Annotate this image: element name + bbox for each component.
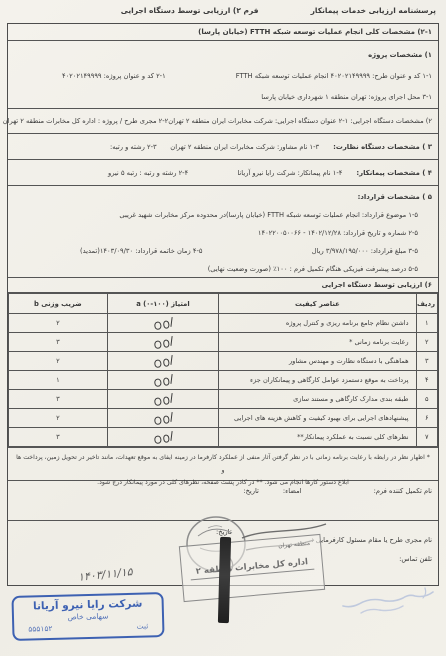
quality-element-label: طبقه بندی مدارک کارگاهی و مستند سازی [219, 390, 416, 409]
score-cell [107, 409, 219, 428]
weight-cell: ۲ [9, 409, 108, 428]
table-row: ۳هماهنگی با دستگاه نظارت و مهندس مشاور۲ [9, 352, 438, 371]
row-index: ۷ [416, 428, 437, 447]
header-score: امتیاز a (۰-۱۰۰) [107, 294, 219, 314]
project-code: ۲-۱ کد و عنوان پروژه: ۴۰۲۰۲۱۴۹۹۹۹ [62, 72, 166, 80]
handwritten-score [153, 431, 173, 444]
quality-element-label: داشتن نظام جامع برنامه ریزی و کنترل پروژ… [219, 314, 416, 333]
approver-name-label: نام مجری طرح یا مقام مسئول کارفرمایی : [311, 536, 432, 544]
general-heading: ۲-۱) مشخصات کلی انجام عملیات توسعه شبکه … [198, 28, 432, 36]
header-weight: ضریب وزنی b [9, 294, 108, 314]
table-row: ۲رعایت برنامه زمانی *۳ [9, 333, 438, 352]
weight-cell: ۲ [9, 314, 108, 333]
contract-progress: ۵-۵ درصد پیشرفت فیزیکی هنگام تکمیل فرم :… [208, 265, 418, 273]
table-row: ۱داشتن نظام جامع برنامه ریزی و کنترل پرو… [9, 314, 438, 333]
score-cell [107, 314, 219, 333]
company-stamp-reg-label: ثبت [136, 621, 148, 630]
row-index: ۴ [416, 371, 437, 390]
department-stamp: منطقه تهران اداره کل مخابرات منطقه ۲ [179, 534, 325, 602]
supervision-label: ۳ ) مشخصات دستگاه نظارت: [333, 143, 432, 151]
evaluation-table: ردیف عناصر کیفیت امتیاز a (۰-۱۰۰) ضریب و… [8, 293, 438, 447]
supervision-field-grade: ۲-۳ رشته و رتبه: [110, 143, 157, 151]
handwritten-score [153, 336, 173, 349]
contract-end-date: ۴-۵ زمان خاتمه قرارداد: ۱۴۰۳/۰۹/۳۰(تمدید… [80, 247, 202, 255]
weight-cell: ۳ [9, 428, 108, 447]
approver-date-label: تاریخ: [216, 528, 232, 536]
score-cell [107, 390, 219, 409]
section-contract: ۵ ) مشخصات قرارداد: ۱-۵ موضوع قرارداد: ا… [8, 186, 438, 278]
project-heading: ۱) مشخصات پروژه [368, 51, 432, 59]
contractor-field-grade: ۲-۴ رشته و رتبه : رتبه ۵ نیرو [108, 169, 188, 177]
quality-element-label: هماهنگی با دستگاه نظارت و مهندس مشاور [219, 352, 416, 371]
row-index: ۶ [416, 409, 437, 428]
contractor-label: ۴ ) مشخصات پیمانکار: [356, 169, 432, 177]
section-contractor: ۴ ) مشخصات پیمانکار: ۱-۴ نام پیمانکار: ش… [8, 160, 438, 186]
row-index: ۱ [416, 314, 437, 333]
table-row: ۴پرداخت به موقع دستمزد عوامل کارگاهی و پ… [9, 371, 438, 390]
quality-element-label: پیشنهادهای اجرایی برای بهبود کیفیت و کاه… [219, 409, 416, 428]
section-general: ۲-۱) مشخصات کلی انجام عملیات توسعه شبکه … [8, 24, 438, 41]
contractor-name: ۱-۴ نام پیمانکار: شرکت رایا نیرو آریانا [237, 169, 342, 177]
contract-subject: ۱-۵ موضوع قرارداد: انجام عملیات توسعه شب… [119, 211, 418, 219]
score-cell [107, 371, 219, 390]
dark-ink-bar [218, 537, 231, 623]
weight-cell: ۲ [9, 352, 108, 371]
section-supervision: ۳ ) مشخصات دستگاه نظارت: ۱-۳ نام مشاور: … [8, 134, 438, 160]
evaluation-table-body: ۱داشتن نظام جامع برنامه ریزی و کنترل پرو… [9, 314, 438, 447]
weight-cell: ۳ [9, 390, 108, 409]
footnote-line1: * اظهار نظر در رابطه با رعایت برنامه زما… [14, 452, 432, 477]
company-stamp: شرکت رایا نیرو آریانا سهامی خاص ثبت ۵۵۵۱… [11, 592, 164, 641]
form-header: پرسشنامه ارزیابی خدمات پیمانکار فرم ۲) ا… [8, 6, 436, 15]
handwritten-score [153, 317, 173, 330]
contract-label: ۵ ) مشخصات قرارداد: [358, 193, 432, 201]
department-stamp-title: اداره کل مخابرات منطقه ۲ [190, 557, 315, 581]
header-row-index: ردیف [416, 294, 437, 314]
project-location: ۳-۱ محل اجرای پروژه: تهران منطقه ۱ شهردا… [261, 93, 432, 101]
evaluation-heading: ۶) ارزیابی توسط دستگاه اجرایی [322, 281, 432, 289]
executive-title: ۲) مشخصات دستگاه اجرایی: ۱-۲ عنوان دستگا… [168, 117, 432, 125]
header-quality-elements: عناصر کیفیت [219, 294, 416, 314]
table-row: ۶پیشنهادهای اجرایی برای بهبود کیفیت و کا… [9, 409, 438, 428]
section-evaluation-heading: ۶) ارزیابی توسط دستگاه اجرایی [8, 278, 438, 293]
handwritten-score [153, 412, 173, 425]
form-number-label: فرم ۲) ارزیابی توسط دستگاه اجرایی [121, 6, 259, 15]
score-cell [107, 333, 219, 352]
contract-amount: ۳-۵ مبلغ قرارداد: ۳/۹۷۸/۱۹۵/۰۰۰ ریال [312, 247, 418, 255]
section-executive: ۲) مشخصات دستگاه اجرایی: ۱-۲ عنوان دستگا… [8, 109, 438, 134]
handwritten-score [153, 374, 173, 387]
form-box: ۲-۱) مشخصات کلی انجام عملیات توسعه شبکه … [7, 23, 439, 586]
section-completer: نام تکمیل کننده فرم: امضاء: تاریخ: [8, 481, 438, 521]
handwritten-score [153, 393, 173, 406]
contract-number-date: ۲-۵ شماره و تاریخ قرارداد: ۱۴۰۲/۱۲/۲۸ - … [258, 229, 418, 237]
score-cell [107, 352, 219, 371]
scanned-form-page: پرسشنامه ارزیابی خدمات پیمانکار فرم ۲) ا… [0, 0, 446, 656]
quality-element-label: رعایت برنامه زمانی * [219, 333, 416, 352]
company-stamp-reg-number: ۵۵۵۱۵۲ [28, 624, 52, 634]
signature-label: امضاء: [283, 487, 302, 495]
phone-label: تلفن تماس: [399, 555, 432, 563]
supervision-consultant: ۱-۳ نام مشاور: شرکت مخابرات ایران منطقه … [170, 143, 319, 151]
executive-agent: ۲-۲ مجری طرح / پروژه : اداره کل مخابرات … [3, 117, 169, 125]
row-index: ۲ [416, 333, 437, 352]
weight-cell: ۱ [9, 371, 108, 390]
completer-date-label: تاریخ: [243, 487, 259, 495]
handwritten-score [153, 355, 173, 368]
table-row: ۵طبقه بندی مدارک کارگاهی و مستند سازی۳ [9, 390, 438, 409]
completer-name-label: نام تکمیل کننده فرم: [374, 487, 432, 495]
row-index: ۵ [416, 390, 437, 409]
section-project: ۱) مشخصات پروژه ۱-۱ کد و عنوان طرح: ۴۰۲۰… [8, 41, 438, 109]
form-title: پرسشنامه ارزیابی خدمات پیمانکار [311, 6, 436, 15]
score-cell [107, 428, 219, 447]
weight-cell: ۳ [9, 333, 108, 352]
section-evaluation-table: ردیف عناصر کیفیت امتیاز a (۰-۱۰۰) ضریب و… [8, 293, 438, 448]
quality-element-label: نظرهای کلی نسبت به عملکرد پیمانکار** [219, 428, 416, 447]
plan-code: ۱-۱ کد و عنوان طرح: ۴۰۲۰۲۱۴۹۹۹۹ انجام عم… [236, 72, 432, 80]
table-row: ۷نظرهای کلی نسبت به عملکرد پیمانکار**۳ [9, 428, 438, 447]
quality-element-label: پرداخت به موقع دستمزد عوامل کارگاهی و پی… [219, 371, 416, 390]
section-footnote: * اظهار نظر در رابطه با رعایت برنامه زما… [8, 448, 438, 481]
table-header-row: ردیف عناصر کیفیت امتیاز a (۰-۱۰۰) ضریب و… [9, 294, 438, 314]
row-index: ۳ [416, 352, 437, 371]
